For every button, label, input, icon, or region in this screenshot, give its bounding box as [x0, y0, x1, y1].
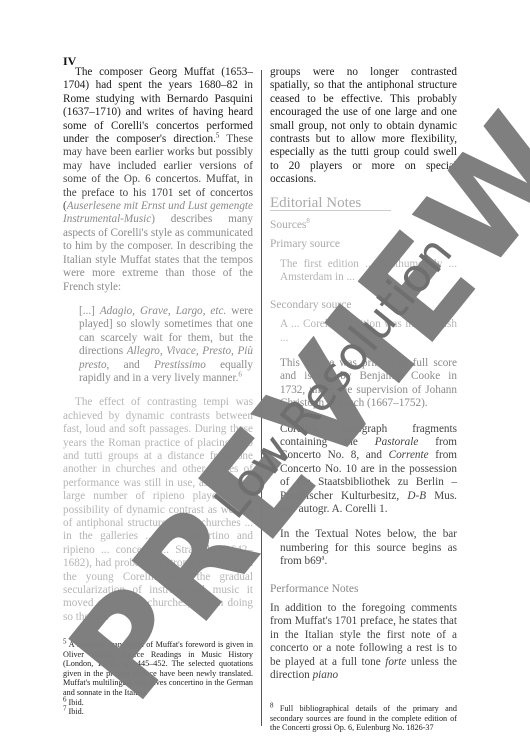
autograph-text: Corelli's autograph fragments containing…	[280, 423, 457, 517]
spacer	[270, 411, 457, 423]
footnote-8-text: Full bibliographical details of the prim…	[270, 704, 457, 732]
sources-heading-text: Sources	[270, 219, 306, 231]
sources-heading: Sources8	[270, 219, 457, 232]
textual-notes-text: In the Textual Notes below, the bar numb…	[280, 528, 457, 568]
spacer	[270, 345, 457, 357]
bar-superscript: a	[321, 553, 324, 561]
secondary-source-text: A ... Corelli ... edition was in ... Wal…	[280, 318, 457, 345]
contrast-paragraph: The effect of contrasting tempi was achi…	[63, 396, 253, 624]
left-footnotes: 5 A complete translation of Muffat's for…	[63, 640, 253, 717]
forte-term: forte	[385, 656, 406, 668]
spacer	[270, 516, 457, 528]
quote-ellipsis: [...]	[79, 305, 100, 317]
library-siglum: D-B	[407, 490, 426, 502]
footnote-6-number: 6	[63, 695, 67, 703]
footnote-ref-8: 8	[306, 217, 310, 225]
footnote-5-text: A complete translation of Muffat's forew…	[63, 640, 253, 697]
secondary-source-heading: Secondary source	[270, 299, 457, 312]
footnote-5-number: 5	[63, 637, 67, 645]
textual-notes-body: In the Textual Notes below, the bar numb…	[280, 528, 457, 567]
right-footnotes: 8 Full bibliographical details of the pr…	[270, 704, 457, 733]
footnote-7: 7 Ibid.	[63, 707, 253, 717]
right-column: groups were no longer contrasted spatial…	[270, 66, 457, 682]
quote-text-2: and	[109, 359, 154, 371]
pastorale-title: Pastorale	[375, 436, 419, 448]
primary-source-text: The first edition ... posthumously ... A…	[280, 258, 457, 285]
printed-source-text: This source was printed in full score an…	[280, 357, 457, 411]
footnote-8-number: 8	[270, 701, 274, 709]
quote-slow-terms: Adagio, Grave, Largo, etc.	[100, 305, 226, 317]
muffat-quote: [...] Adagio, Grave, Largo, etc. were pl…	[79, 305, 253, 385]
performance-notes-text: In addition to the foregoing comments fr…	[270, 602, 457, 682]
footnote-5: 5 A complete translation of Muffat's for…	[63, 640, 253, 698]
groups-paragraph: groups were no longer contrasted spatial…	[270, 66, 457, 187]
piano-term: piano	[313, 669, 338, 681]
performance-notes-heading: Performance Notes	[270, 583, 457, 596]
primary-source-heading: Primary source	[270, 238, 457, 251]
column-divider	[261, 70, 262, 726]
footnote-8: 8 Full bibliographical details of the pr…	[270, 704, 457, 733]
quote-prestissimo: Prestissimo	[154, 359, 206, 371]
editorial-notes-heading: Editorial Notes	[270, 197, 391, 211]
footnote-6-text: Ibid.	[69, 698, 84, 707]
corrente-title: Corrente	[389, 449, 429, 461]
footnote-ref-6: 6	[238, 370, 242, 378]
footnote-6: 6 Ibid.	[63, 698, 253, 708]
footnote-7-text: Ibid.	[69, 707, 84, 716]
intro-paragraph: The composer Georg Muffat (1653–1704) ha…	[63, 66, 253, 294]
left-column: The composer Georg Muffat (1653–1704) ha…	[63, 66, 253, 624]
footnote-7-number: 7	[63, 704, 67, 712]
